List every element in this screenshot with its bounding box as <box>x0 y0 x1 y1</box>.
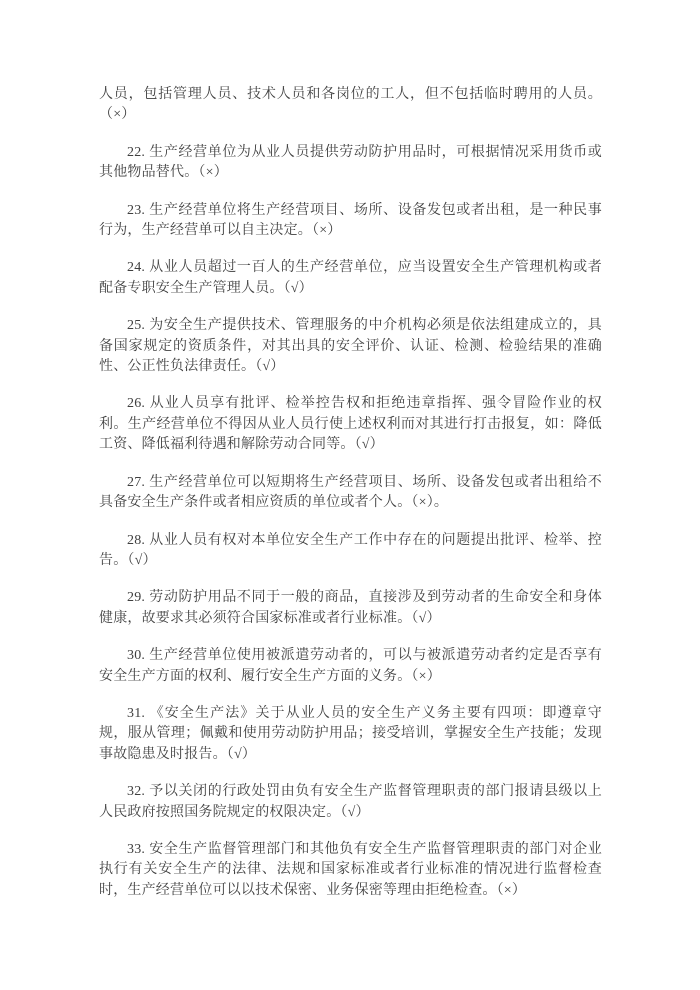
statement-22: 22. 生产经营单位为从业人员提供劳动防护用品时，可根据情况采用货币或其他物品替… <box>99 143 602 184</box>
statement-30: 30. 生产经营单位使用被派遣劳动者的，可以与被派遣劳动者约定是否享有安全生产方… <box>99 646 602 687</box>
statement-24: 24. 从业人员超过一百人的生产经营单位，应当设置安全生产管理机构或者配备专职安… <box>99 258 602 299</box>
statement-23: 23. 生产经营单位将生产经营项目、场所、设备发包或者出租，是一种民事行为，生产… <box>99 201 602 242</box>
statement-31: 31. 《安全生产法》关于从业人员的安全生产义务主要有四项：即遵章守规，服从管理… <box>99 704 602 765</box>
statement-32: 32. 予以关闭的行政处罚由负有安全生产监督管理职责的部门报请县级以上人民政府按… <box>99 782 602 823</box>
statement-25: 25. 为安全生产提供技术、管理服务的中介机构必须是依法组建成立的，具备国家规定… <box>99 316 602 377</box>
document-page: 人员，包括管理人员、技术人员和各岗位的工人，但不包括临时聘用的人员。（×）22.… <box>0 0 700 990</box>
paragraph-list: 人员，包括管理人员、技术人员和各岗位的工人，但不包括临时聘用的人员。（×）22.… <box>99 85 602 901</box>
statement-26: 26. 从业人员享有批评、检举控告权和拒绝违章指挥、强令冒险作业的权利。生产经营… <box>99 394 602 455</box>
statement-28: 28. 从业人员有权对本单位安全生产工作中存在的问题提出批评、检举、控告。（√） <box>99 531 602 572</box>
statement-27: 27. 生产经营单位可以短期将生产经营项目、场所、设备发包或者出租给不具备安全生… <box>99 473 602 514</box>
statement-29: 29. 劳动防护用品不同于一般的商品，直接涉及到劳动者的生命安全和身体健康，故要… <box>99 588 602 629</box>
statement-33: 33. 安全生产监督管理部门和其他负有安全生产监督管理职责的部门对企业执行有关安… <box>99 840 602 901</box>
statement-21-continuation: 人员，包括管理人员、技术人员和各岗位的工人，但不包括临时聘用的人员。（×） <box>99 85 602 126</box>
